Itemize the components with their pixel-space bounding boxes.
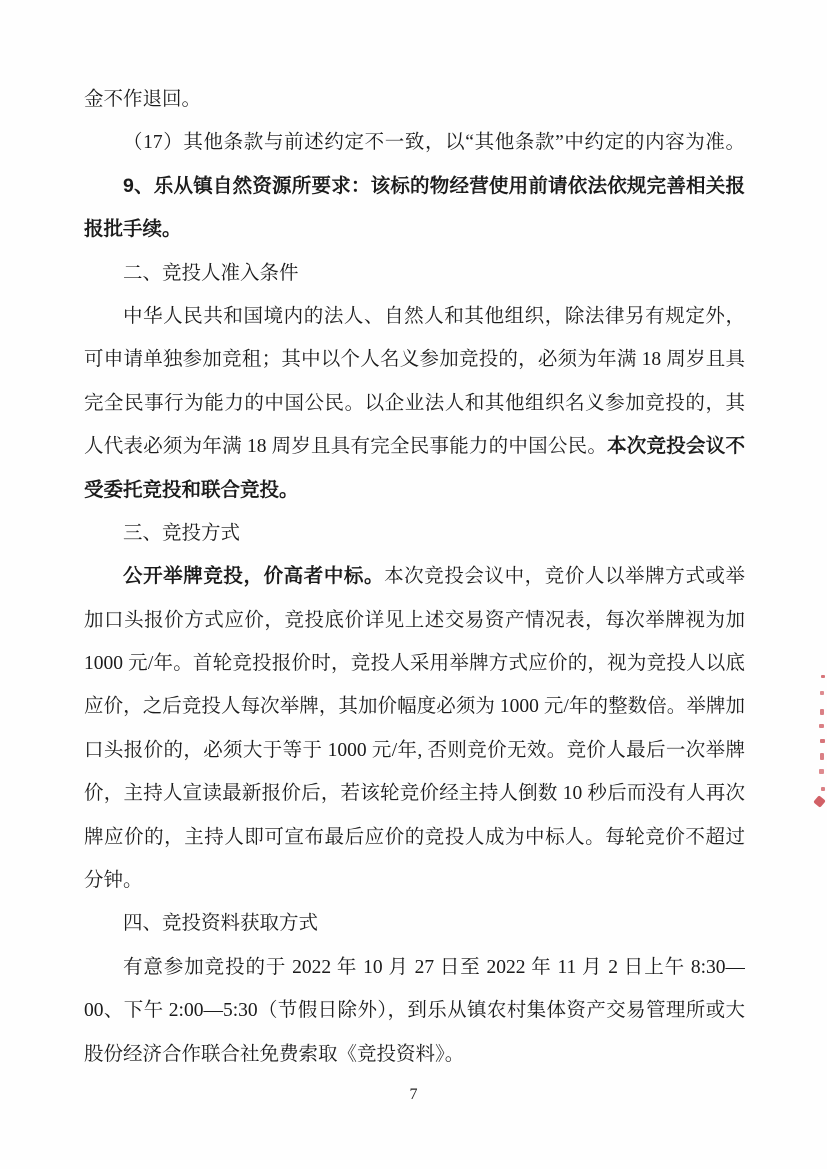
text-segment: 中华人民共和国境内的法人、自然人和其他组织，除法律另有规定外，均 <box>84 306 745 338</box>
text-line: 价，主持人宣读最新报价后，若该轮竞价经主持人倒数 10 秒后而没有人再次举 <box>84 772 745 815</box>
text-segment: 金不作退回。 <box>84 89 201 110</box>
document-body: 金不作退回。（17）其他条款与前述约定不一致，以“其他条款”中约定的内容为准。9… <box>84 78 745 1076</box>
text-segment: 四、竞投资料获取方式 <box>123 913 318 934</box>
text-line: 报批手续。 <box>84 208 745 251</box>
seal-fragment <box>821 675 825 678</box>
text-segment: 应价，之后竞投人每次举牌，其加价幅度必须为 1000 元/年的整数倍。举牌加 <box>84 696 745 717</box>
text-line: （17）其他条款与前述约定不一致，以“其他条款”中约定的内容为准。 <box>84 121 745 164</box>
text-line: 牌应价的，主持人即可宣布最后应价的竞投人成为中标人。每轮竞价不超过一 <box>84 816 745 859</box>
seal-fragment <box>821 787 825 791</box>
text-segment: 三、竞投方式 <box>123 523 240 544</box>
text-segment: 受委托竞投和联合竞投。 <box>84 479 299 501</box>
text-line: 股份经济合作联合社免费索取《竞投资料》。 <box>84 1033 745 1076</box>
text-line: 9、乐从镇自然资源所要求：该标的物经营使用前请依法依规完善相关报建 <box>84 165 745 208</box>
text-line: 完全民事行为能力的中国公民。以企业法人和其他组织名义参加竞投的，其法 <box>84 382 745 425</box>
text-segment: 9、乐从镇自然资源所要求：该标的物经营使用前请依法依规完善相关报建 <box>84 175 745 208</box>
text-segment: 二、竞投人准入条件 <box>123 263 299 284</box>
text-line: 四、竞投资料获取方式 <box>84 902 745 945</box>
text-line: 00、下午 2:00—5:30（节假日除外），到乐从镇农村集体资产交易管理所或大… <box>84 989 745 1032</box>
text-line: 受委托竞投和联合竞投。 <box>84 469 745 512</box>
text-segment: 牌应价的，主持人即可宣布最后应价的竞投人成为中标人。每轮竞价不超过一 <box>84 827 745 859</box>
text-line: 中华人民共和国境内的法人、自然人和其他组织，除法律另有规定外，均 <box>84 295 745 338</box>
text-segment: 报批手续。 <box>84 218 182 240</box>
text-line: 分钟。 <box>84 859 745 902</box>
seal-fragment <box>819 769 824 774</box>
text-segment: 口头报价的，必须大于等于 1000 元/年, 否则竞价无效。竞价人最后一次举牌应 <box>84 740 745 772</box>
text-segment: 1000 元/年。首轮竞投报价时，竞投人采用举牌方式应价的，视为竞投人以底价 <box>84 653 745 685</box>
text-line: 人代表必须为年满 18 周岁且具有完全民事能力的中国公民。本次竞投会议不接 <box>84 425 745 468</box>
text-line: 口头报价的，必须大于等于 1000 元/年, 否则竞价无效。竞价人最后一次举牌应 <box>84 729 745 772</box>
text-segment: 完全民事行为能力的中国公民。以企业法人和其他组织名义参加竞投的，其法 <box>84 393 745 425</box>
text-line: 加口头报价方式应价，竞投底价详见上述交易资产情况表，每次举牌视为加价 <box>84 599 745 642</box>
seal-fragment <box>813 795 826 808</box>
text-segment: 价，主持人宣读最新报价后，若该轮竞价经主持人倒数 10 秒后而没有人再次举 <box>84 783 745 815</box>
seal-fragment <box>819 724 824 728</box>
text-segment: 股份经济合作联合社免费索取《竞投资料》。 <box>84 1044 464 1065</box>
seal-fragment <box>820 753 824 760</box>
seal-fragment <box>820 691 824 695</box>
seal-fragment <box>820 709 824 715</box>
text-segment: （17）其他条款与前述约定不一致，以“其他条款”中约定的内容为准。 <box>123 132 745 153</box>
text-line: 金不作退回。 <box>84 78 745 121</box>
text-line: 可申请单独参加竞租；其中以个人名义参加竞投的，必须为年满 18 周岁且具有 <box>84 338 745 381</box>
document-page: 金不作退回。（17）其他条款与前述约定不一致，以“其他条款”中约定的内容为准。9… <box>0 0 827 1169</box>
text-segment: 可申请单独参加竞租；其中以个人名义参加竞投的，必须为年满 18 周岁且具有 <box>84 349 745 381</box>
text-line: 有意参加竞投的于 2022 年 10 月 27 日至 2022 年 11 月 2… <box>84 946 745 989</box>
text-line: 公开举牌竞投，价高者中标。本次竞投会议中，竞价人以举牌方式或举牌 <box>84 555 745 598</box>
text-segment: 有意参加竞投的于 2022 年 10 月 27 日至 2022 年 11 月 2… <box>84 957 745 989</box>
text-segment: 00、下午 2:00—5:30（节假日除外），到乐从镇农村集体资产交易管理所或大… <box>84 1000 745 1032</box>
text-line: 二、竞投人准入条件 <box>84 252 745 295</box>
text-line: 三、竞投方式 <box>84 512 745 555</box>
text-line: 1000 元/年。首轮竞投报价时，竞投人采用举牌方式应价的，视为竞投人以底价 <box>84 642 745 685</box>
text-segment: 加口头报价方式应价，竞投底价详见上述交易资产情况表，每次举牌视为加价 <box>84 610 745 642</box>
page-number: 7 <box>0 1084 827 1106</box>
text-segment: 公开举牌竞投，价高者中标。 <box>123 565 384 587</box>
text-line: 应价，之后竞投人每次举牌，其加价幅度必须为 1000 元/年的整数倍。举牌加 <box>84 685 745 728</box>
seal-fragment <box>820 739 825 743</box>
text-segment: 人代表必须为年满 18 周岁且具有完全民事能力的中国公民。 <box>84 436 607 457</box>
text-segment: 分钟。 <box>84 870 143 891</box>
